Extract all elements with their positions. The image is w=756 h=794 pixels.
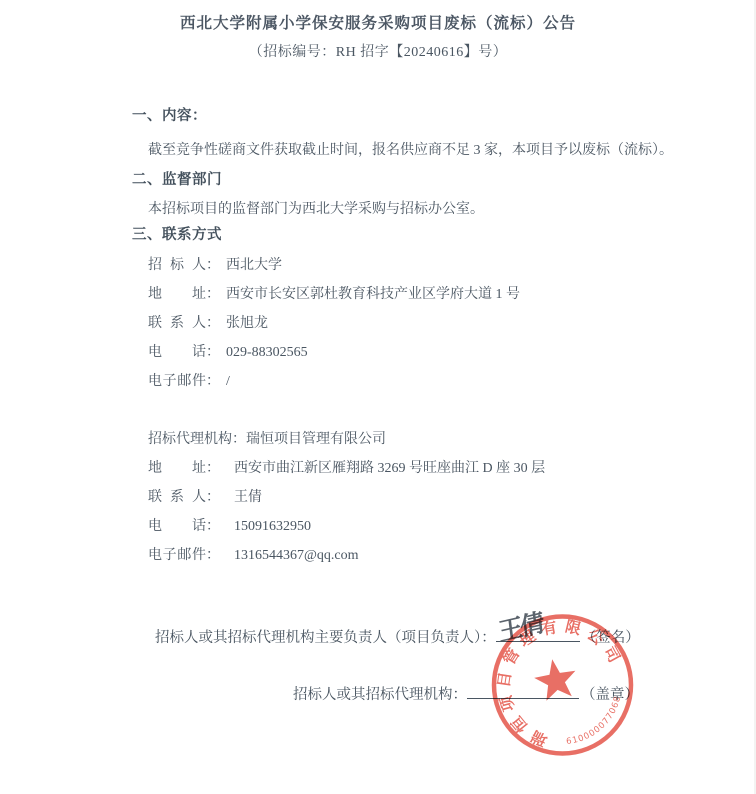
row-label: 联系人 <box>148 315 206 333</box>
agency-row-phone: 电话：15091632950 <box>148 518 311 536</box>
colon: ： <box>232 432 246 447</box>
section-2-body: 本招标项目的监督部门为西北大学采购与招标办公室。 <box>148 201 484 219</box>
row-label: 地址 <box>148 286 206 304</box>
notice-document-page: 西北大学附属小学保安服务采购项目废标（流标）公告 （招标编号：RH 招字【202… <box>0 0 756 794</box>
row-label: 招标人 <box>148 257 206 275</box>
row-value: 西北大学 <box>226 258 282 273</box>
purchaser-row-name: 招标人：西北大学 <box>148 257 282 275</box>
purchaser-row-email: 电子邮件：/ <box>148 373 230 391</box>
row-value: 王倩 <box>234 490 262 505</box>
row-value: 029-88302565 <box>226 345 308 360</box>
colon: ： <box>206 316 220 331</box>
seal-star <box>534 659 575 701</box>
section-3-heading: 三、联系方式 <box>132 226 222 244</box>
purchaser-row-phone: 电话：029-88302565 <box>148 344 308 362</box>
colon: ： <box>206 548 220 563</box>
row-value: 瑞恒项目管理有限公司 <box>246 432 386 447</box>
document-title: 西北大学附属小学保安服务采购项目废标（流标）公告 <box>0 15 756 33</box>
row-label: 电话 <box>148 344 206 362</box>
agency-row-email: 电子邮件：1316544367@qq.com <box>148 547 359 565</box>
colon: ： <box>206 519 220 534</box>
purchaser-row-contact: 联系人：张旭龙 <box>148 315 268 333</box>
company-seal: 瑞恒项目管理有限公司 6100000770688 <box>480 600 650 770</box>
signature-line-1-label: 招标人或其招标代理机构主要负责人（项目负责人）： <box>155 630 496 646</box>
document-subtitle: （招标编号：RH 招字【20240616】号） <box>0 44 756 62</box>
row-label: 地址 <box>148 460 206 478</box>
row-value: / <box>226 374 230 389</box>
row-label: 联系人 <box>148 489 206 507</box>
row-label: 电子邮件 <box>148 373 206 391</box>
colon: ： <box>206 374 220 389</box>
section-1-heading: 一、内容： <box>132 107 207 125</box>
agency-row-address: 地址：西安市曲江新区雁翔路 3269 号旺座曲江 D 座 30 层 <box>148 460 545 478</box>
colon: ： <box>206 490 220 505</box>
colon: ： <box>206 345 220 360</box>
row-value: 1316544367@qq.com <box>234 548 359 563</box>
colon: ： <box>206 287 220 302</box>
purchaser-row-address: 地址：西安市长安区郭杜教育科技产业区学府大道 1 号 <box>148 286 520 304</box>
colon: ： <box>206 258 220 273</box>
section-1-body: 截至竞争性磋商文件获取截止时间，报名供应商不足 3 家，本项目予以废标（流标）。 <box>148 142 673 160</box>
signature-line-2-label: 招标人或其招标代理机构： <box>293 687 467 703</box>
row-value: 西安市长安区郭杜教育科技产业区学府大道 1 号 <box>226 287 520 302</box>
colon: ： <box>206 461 220 476</box>
row-label: 电话 <box>148 518 206 536</box>
agency-row-name: 招标代理机构：瑞恒项目管理有限公司 <box>148 431 386 449</box>
section-2-heading: 二、监督部门 <box>132 171 222 189</box>
row-value: 西安市曲江新区雁翔路 3269 号旺座曲江 D 座 30 层 <box>234 461 545 476</box>
row-label: 招标代理机构 <box>148 431 232 449</box>
row-value: 15091632950 <box>234 519 311 534</box>
agency-row-contact: 联系人：王倩 <box>148 489 262 507</box>
row-value: 张旭龙 <box>226 316 268 331</box>
row-label: 电子邮件 <box>148 547 206 565</box>
